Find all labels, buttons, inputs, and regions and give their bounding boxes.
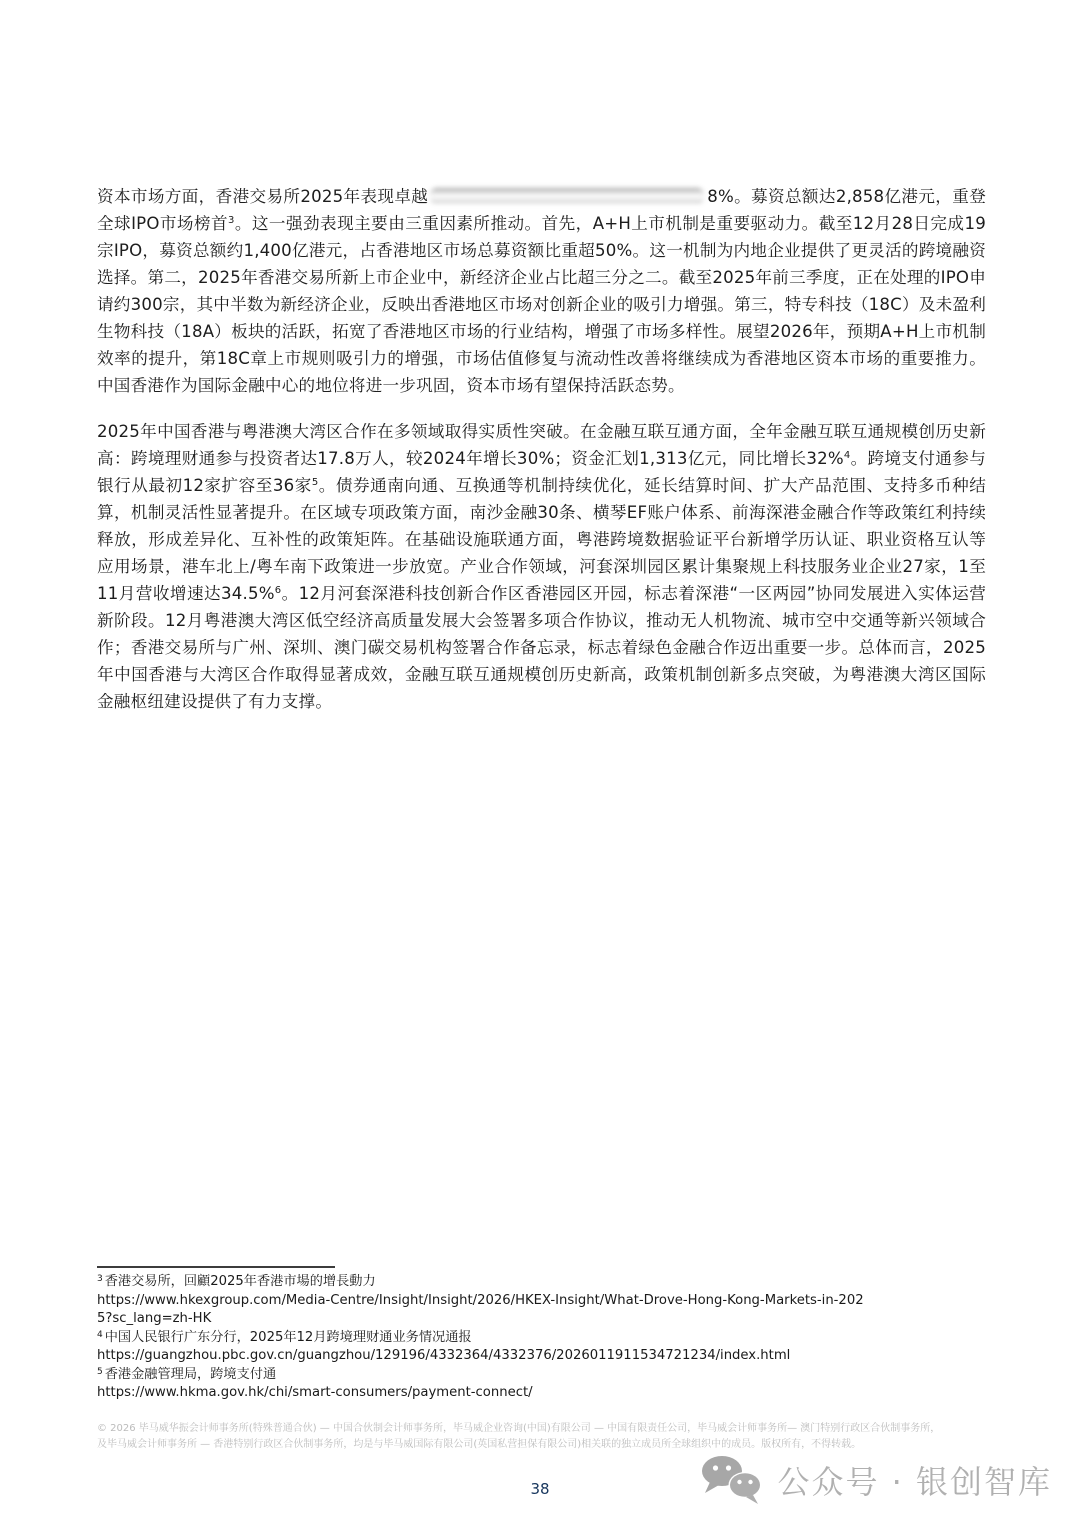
body-text-block: 资本市场方面，香港交易所2025年表现卓越8%。募资总额达2,858亿港元，重登…	[97, 183, 986, 715]
paragraph-capital-markets: 资本市场方面，香港交易所2025年表现卓越8%。募资总额达2,858亿港元，重登…	[97, 183, 986, 399]
footnote-5-source: 香港金融管理局，跨境支付通	[105, 1367, 276, 1382]
paragraph-gba-cooperation: 2025年中国香港与粤港澳大湾区合作在多领域取得实质性突破。在金融互联互通方面，…	[97, 418, 986, 715]
redaction-smear	[429, 188, 705, 204]
p1-text-before-blur: 资本市场方面，香港交易所2025年表现卓越	[97, 187, 428, 206]
footnote-4-marker: 4	[97, 1330, 103, 1340]
watermark: 公众号 · 银创智库	[701, 1455, 1052, 1505]
copyright-line-1: © 2026 毕马威华振会计师事务所(特殊普通合伙) — 中国合伙制会计师事务所…	[97, 1421, 1002, 1437]
footnote-separator-rule	[97, 1266, 335, 1268]
document-page: 资本市场方面，香港交易所2025年表现卓越8%。募资总额达2,858亿港元，重登…	[0, 0, 1080, 1515]
footnote-4: 4中国人民银行广东分行，2025年12月跨境理财通业务情况通报	[97, 1329, 986, 1348]
footnote-3-source: 香港交易所，回顧2025年香港市場的增長動力	[105, 1274, 376, 1289]
footnote-5: 5香港金融管理局，跨境支付通	[97, 1366, 986, 1385]
watermark-text: 公众号 · 银创智库	[777, 1457, 1052, 1503]
footnote-5-marker: 5	[97, 1367, 103, 1377]
footnote-3-url: https://www.hkexgroup.com/Media-Centre/I…	[97, 1292, 875, 1329]
footnote-3: 3香港交易所，回顧2025年香港市場的增長動力	[97, 1273, 986, 1292]
copyright-line-2: 及毕马威会计师事务所 — 香港特别行政区合伙制事务所，均是与毕马威国际有限公司(…	[97, 1437, 1002, 1453]
footnote-5-url: https://www.hkma.gov.hk/chi/smart-consum…	[97, 1384, 875, 1403]
footnote-4-source: 中国人民银行广东分行，2025年12月跨境理财通业务情况通报	[105, 1330, 472, 1345]
footnotes-section: 3香港交易所，回顧2025年香港市場的增長動力 https://www.hkex…	[97, 1266, 986, 1403]
copyright-notice: © 2026 毕马威华振会计师事务所(特殊普通合伙) — 中国合伙制会计师事务所…	[97, 1421, 1002, 1453]
p2-text-4: 。12月河套深港科技创新合作区香港园区开园，标志着深港“一区两园”协同发展进入实…	[97, 584, 986, 711]
footnote-4-url: https://guangzhou.pbc.gov.cn/guangzhou/1…	[97, 1347, 875, 1366]
footnote-3-marker: 3	[97, 1274, 103, 1284]
p1-text-rest: 。这一强劲表现主要由三重因素所推动。首先，A+H上市机制是重要驱动力。截至12月…	[97, 214, 986, 395]
wechat-icon	[701, 1455, 763, 1505]
